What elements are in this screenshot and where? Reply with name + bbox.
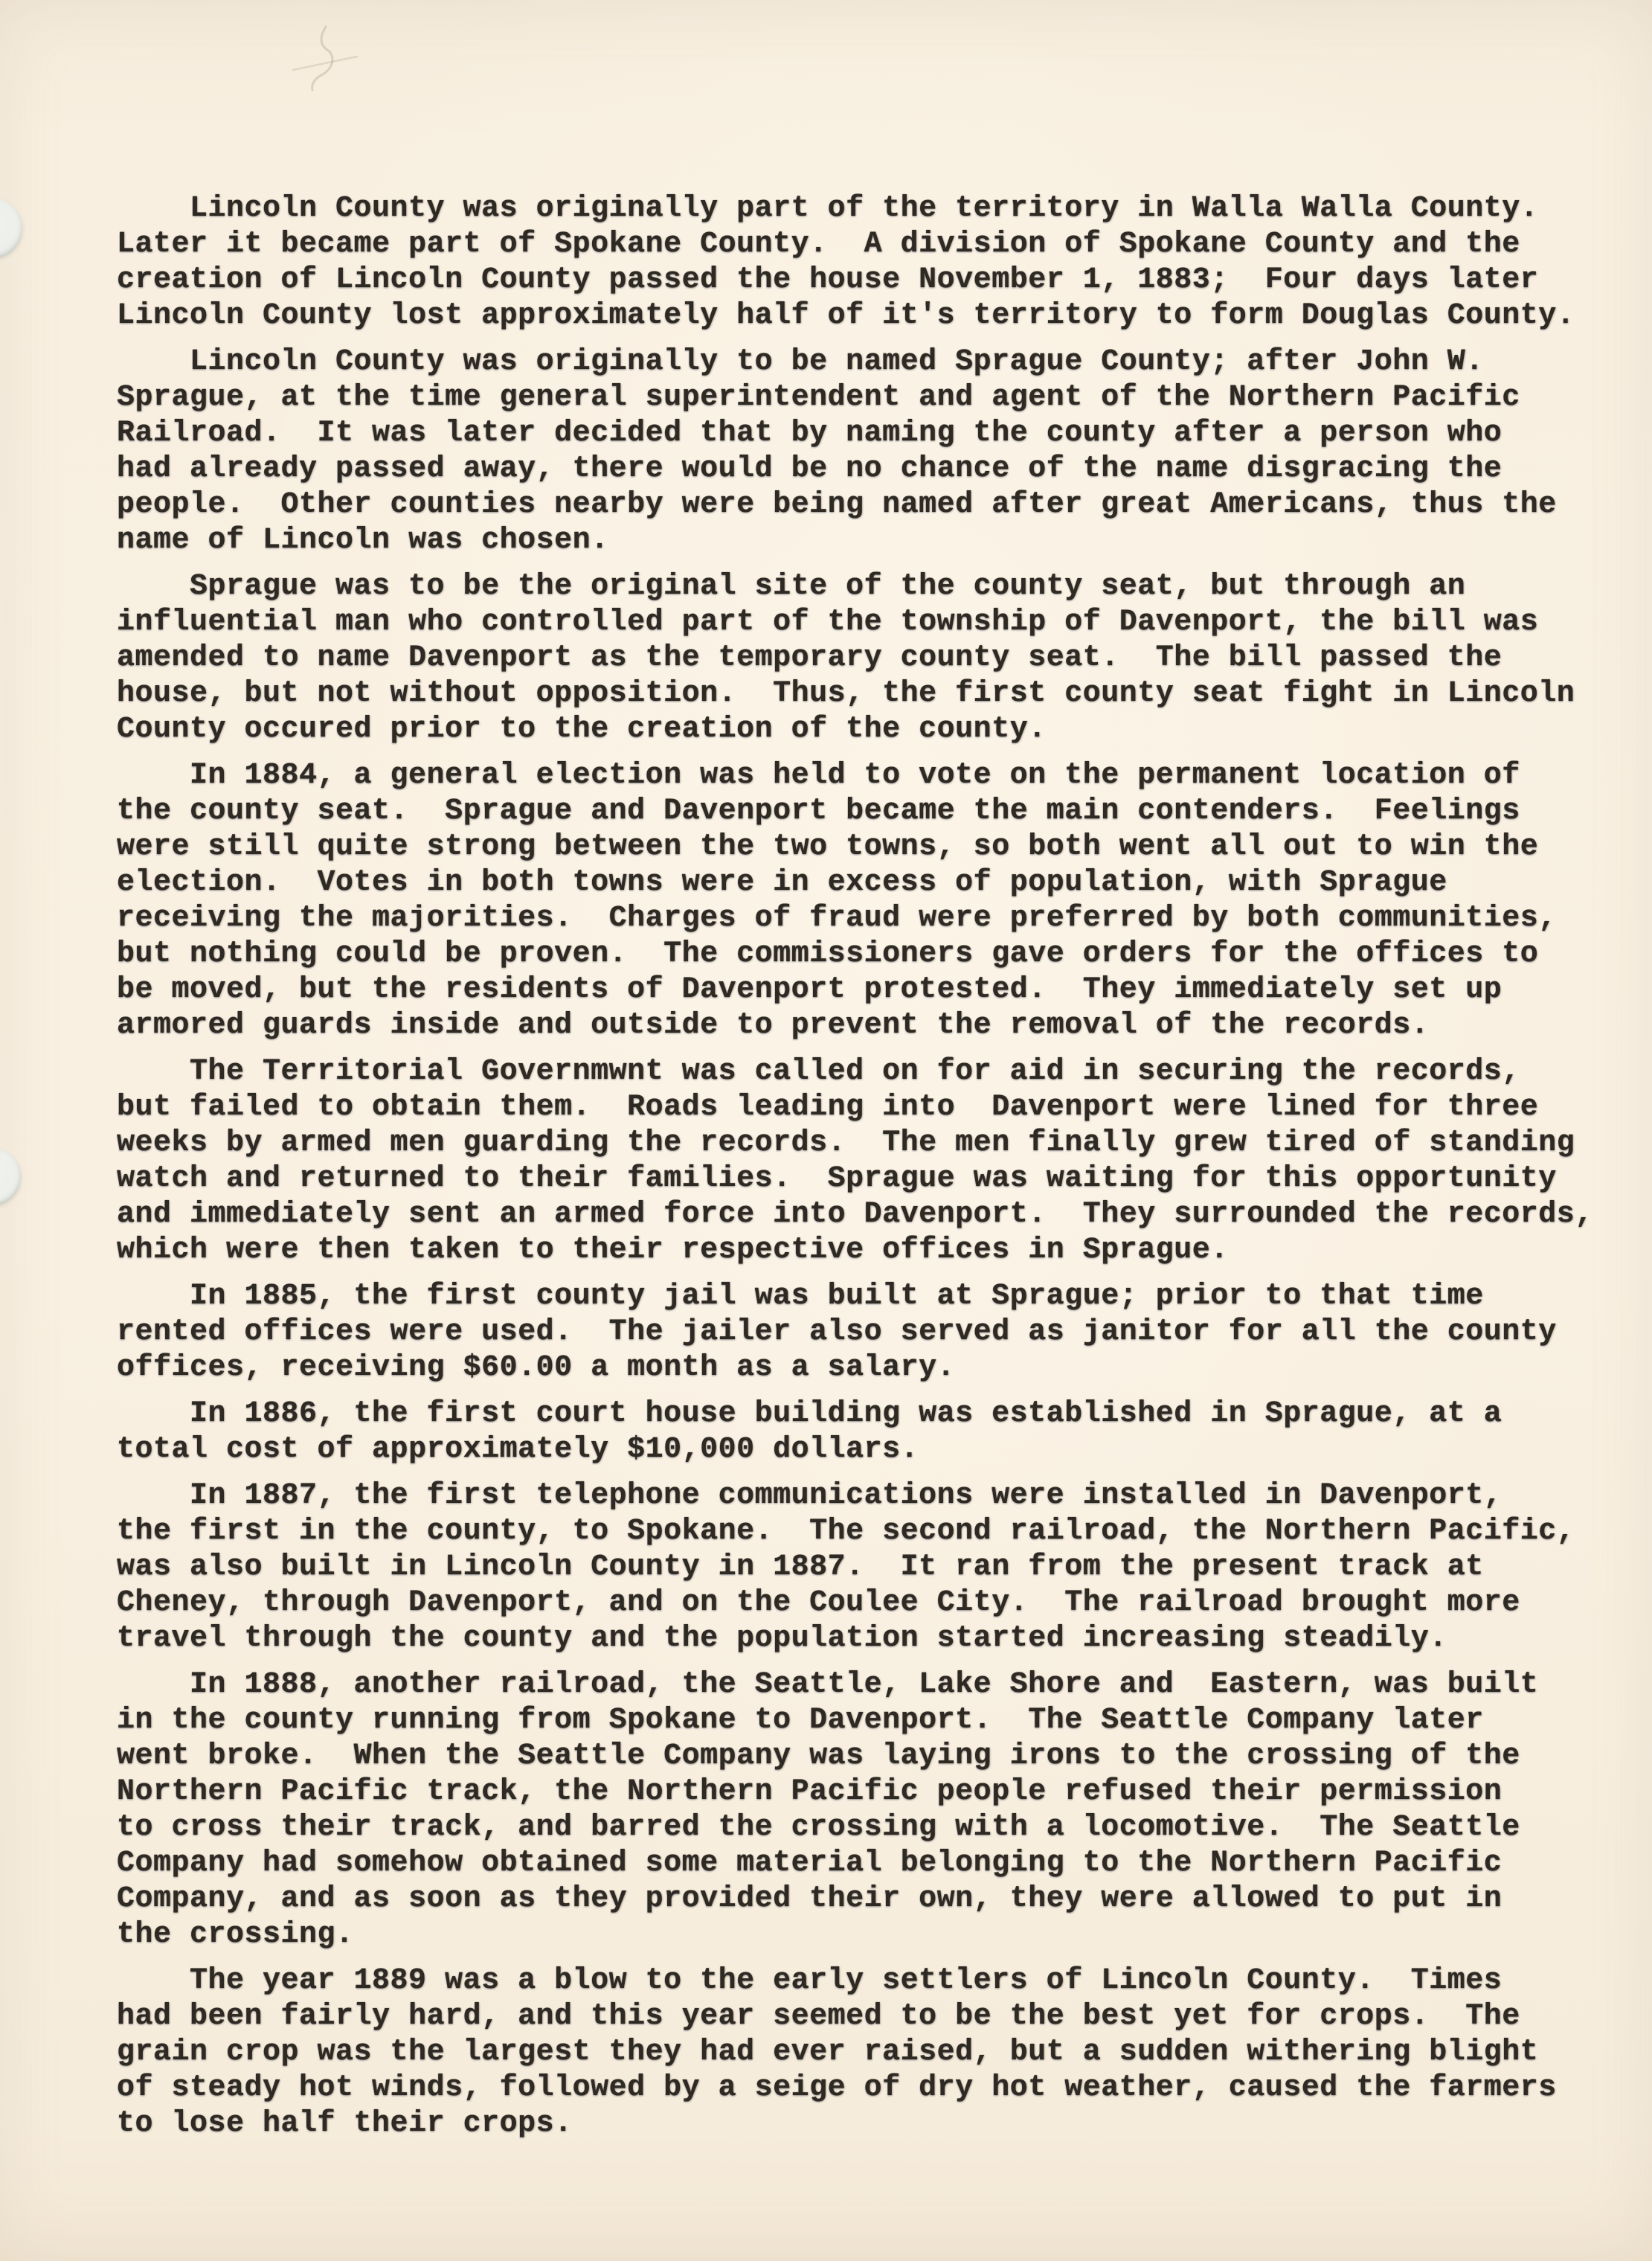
pencil-smudge — [281, 13, 393, 99]
text-line: to cross their track, and barred the cro… — [117, 1810, 1612, 1846]
text-line: weeks by armed men guarding the records.… — [117, 1126, 1612, 1161]
text-line: had been fairly hard, and this year seem… — [117, 1999, 1612, 2035]
text-line: In 1887, the first telephone communicati… — [117, 1478, 1612, 1514]
text-line: of steady hot winds, followed by a seige… — [117, 2071, 1612, 2106]
document-page: Lincoln County was originally part of th… — [0, 0, 1652, 2261]
text-line: but nothing could be proven. The commiss… — [117, 937, 1612, 972]
text-line: and immediately sent an armed force into… — [117, 1197, 1612, 1233]
text-line: The year 1889 was a blow to the early se… — [117, 1963, 1612, 1999]
text-line: Company had somehow obtained some materi… — [117, 1846, 1612, 1882]
paragraph: Lincoln County was originally to be name… — [117, 344, 1612, 559]
text-line: Sprague was to be the original site of t… — [117, 569, 1612, 605]
hole-punch-bottom — [0, 1148, 21, 1206]
text-line: total cost of approximately $10,000 doll… — [117, 1432, 1612, 1468]
text-line: were still quite strong between the two … — [117, 830, 1612, 865]
paragraph: The year 1889 was a blow to the early se… — [117, 1963, 1612, 2142]
hole-punch-top — [0, 198, 22, 259]
text-line: Northern Pacific track, the Northern Pac… — [117, 1774, 1612, 1810]
text-line: Cheney, through Davenport, and on the Co… — [117, 1585, 1612, 1621]
text-line: the crossing. — [117, 1917, 1612, 1953]
text-line: had already passed away, there would be … — [117, 452, 1612, 487]
text-line: watch and returned to their families. Sp… — [117, 1161, 1612, 1197]
paragraph: Lincoln County was originally part of th… — [117, 191, 1612, 334]
text-line: Sprague, at the time general superintend… — [117, 380, 1612, 416]
text-line: was also built in Lincoln County in 1887… — [117, 1550, 1612, 1585]
text-line: Company, and as soon as they provided th… — [117, 1882, 1612, 1917]
paragraph: In 1887, the first telephone communicati… — [117, 1478, 1612, 1657]
text-line: grain crop was the largest they had ever… — [117, 2035, 1612, 2071]
text-line: armored guards inside and outside to pre… — [117, 1008, 1612, 1044]
text-line: creation of Lincoln County passed the ho… — [117, 263, 1612, 298]
text-line: travel through the county and the popula… — [117, 1621, 1612, 1657]
text-line: which were then taken to their respectiv… — [117, 1233, 1612, 1269]
text-line: County occured prior to the creation of … — [117, 712, 1612, 748]
text-line: house, but not without opposition. Thus,… — [117, 676, 1612, 712]
text-line: influential man who controlled part of t… — [117, 605, 1612, 641]
text-line: amended to name Davenport as the tempora… — [117, 641, 1612, 676]
text-line: rented offices were used. The jailer als… — [117, 1315, 1612, 1350]
paragraph: In 1884, a general election was held to … — [117, 758, 1612, 1044]
text-line: be moved, but the residents of Davenport… — [117, 972, 1612, 1008]
text-line: election. Votes in both towns were in ex… — [117, 865, 1612, 901]
paragraph: In 1885, the first county jail was built… — [117, 1279, 1612, 1386]
text-line: In 1888, another railroad, the Seattle, … — [117, 1667, 1612, 1703]
text-line: Lincoln County lost approximately half o… — [117, 298, 1612, 334]
text-line: receiving the majorities. Charges of fra… — [117, 901, 1612, 937]
text-line: the first in the county, to Spokane. The… — [117, 1514, 1612, 1550]
text-line: In 1884, a general election was held to … — [117, 758, 1612, 794]
text-line: In 1886, the first court house building … — [117, 1396, 1612, 1432]
text-line: people. Other counties nearby were being… — [117, 487, 1612, 523]
text-line: Later it became part of Spokane County. … — [117, 227, 1612, 263]
text-line: Lincoln County was originally to be name… — [117, 344, 1612, 380]
text-line: name of Lincoln was chosen. — [117, 523, 1612, 559]
text-line: but failed to obtain them. Roads leading… — [117, 1090, 1612, 1126]
paragraph: The Territorial Governmwnt was called on… — [117, 1054, 1612, 1269]
text-line: to lose half their crops. — [117, 2106, 1612, 2142]
paragraph: Sprague was to be the original site of t… — [117, 569, 1612, 748]
text-line: Railroad. It was later decided that by n… — [117, 416, 1612, 452]
text-line: Lincoln County was originally part of th… — [117, 191, 1612, 227]
text-line: the county seat. Sprague and Davenport b… — [117, 794, 1612, 830]
text-line: In 1885, the first county jail was built… — [117, 1279, 1612, 1315]
text-line: in the county running from Spokane to Da… — [117, 1703, 1612, 1739]
text-line: offices, receiving $60.00 a month as a s… — [117, 1350, 1612, 1386]
paragraph: In 1888, another railroad, the Seattle, … — [117, 1667, 1612, 1953]
paragraph: In 1886, the first court house building … — [117, 1396, 1612, 1468]
text-line: The Territorial Governmwnt was called on… — [117, 1054, 1612, 1090]
page-text: Lincoln County was originally part of th… — [117, 191, 1612, 2142]
text-line: went broke. When the Seattle Company was… — [117, 1739, 1612, 1774]
